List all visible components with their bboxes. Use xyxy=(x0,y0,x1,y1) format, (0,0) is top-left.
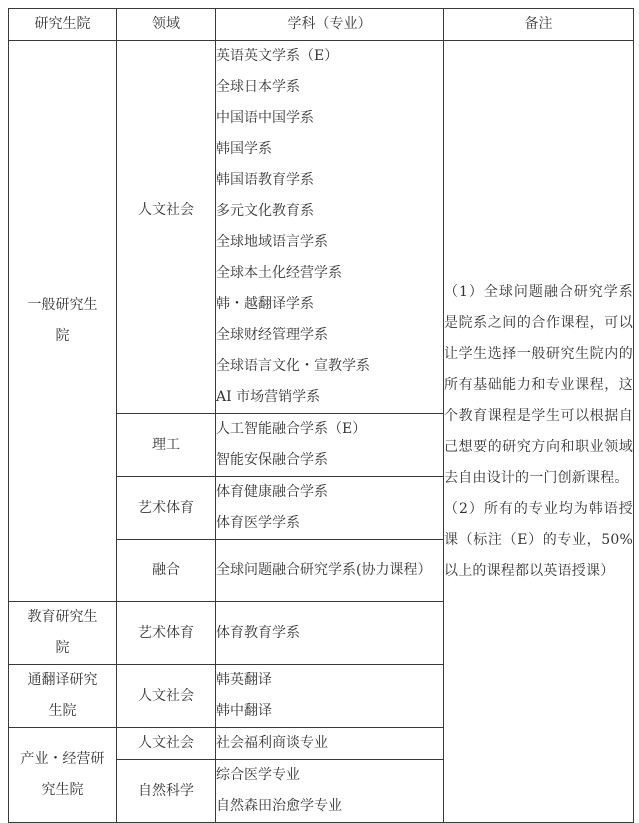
list-item: 智能安保融合学系 xyxy=(216,445,443,476)
list-item: 全球日本学系 xyxy=(216,72,443,103)
note-1: （1）全球问题融合研究学系是院系之间的合作课程，可以让学生选择一般研究生院内的所… xyxy=(444,277,633,494)
school-interpretation: 通翻译研究生院 xyxy=(9,665,117,728)
subject-list: 韩英翻译 韩中翻译 xyxy=(216,665,444,728)
school-general: 一般研究生院 xyxy=(9,41,117,602)
subject-list: 综合医学专业 自然森田治愈学专业 xyxy=(216,760,444,823)
header-subject: 学科（专业） xyxy=(216,9,444,41)
list-item: 自然森田治愈学专业 xyxy=(216,791,443,822)
graduate-school-table: 研究生院 领域 学科（专业） 备注 一般研究生院 人文社会 英语英文学系（E） … xyxy=(8,8,634,823)
field-convergence: 融合 xyxy=(117,540,216,602)
list-item: 韩国语教育学系 xyxy=(216,165,443,196)
note-2: （2）所有的专业均为韩语授课（标注（E）的专业，50%以上的课程都以英语授课） xyxy=(444,494,633,587)
school-industry-management: 产业・经营研究生院 xyxy=(9,728,117,823)
list-item: 多元文化教育系 xyxy=(216,196,443,227)
list-item: AI 市场营销学系 xyxy=(216,382,443,413)
header-field: 领域 xyxy=(117,9,216,41)
list-item: 英语英文学系（E） xyxy=(216,41,443,72)
list-item: 综合医学专业 xyxy=(216,760,443,791)
header-school: 研究生院 xyxy=(9,9,117,41)
subject-list: 体育教育学系 xyxy=(216,602,444,665)
list-item: 中国语中国学系 xyxy=(216,103,443,134)
field-humanities: 人文社会 xyxy=(117,728,216,760)
field-natural-science: 自然科学 xyxy=(117,760,216,823)
list-item: 全球地域语言学系 xyxy=(216,227,443,258)
field-humanities: 人文社会 xyxy=(117,665,216,728)
list-item: 体育教育学系 xyxy=(216,618,443,649)
list-item: 韩中翻译 xyxy=(216,696,443,727)
list-item: 体育医学学系 xyxy=(216,508,443,539)
subject-list: 体育健康融合学系 体育医学学系 xyxy=(216,477,444,540)
list-item: 全球本土化经营学系 xyxy=(216,258,443,289)
field-science: 理工 xyxy=(117,414,216,477)
list-item: 全球问题融合研究学系(协力课程） xyxy=(216,562,431,578)
list-item: 韩・越翻译学系 xyxy=(216,289,443,320)
field-arts-sports: 艺术体育 xyxy=(117,477,216,540)
list-item: 体育健康融合学系 xyxy=(216,477,443,508)
field-humanities: 人文社会 xyxy=(117,41,216,414)
table-row: 一般研究生院 人文社会 英语英文学系（E） 全球日本学系 中国语中国学系 韩国学… xyxy=(9,41,634,414)
list-item: 全球财经管理学系 xyxy=(216,320,443,351)
subject-list: 社会福利商谈专业 xyxy=(216,728,444,760)
list-item: 韩国学系 xyxy=(216,134,443,165)
notes-cell: （1）全球问题融合研究学系是院系之间的合作课程，可以让学生选择一般研究生院内的所… xyxy=(444,41,634,823)
field-arts-sports: 艺术体育 xyxy=(117,602,216,665)
subject-list: 英语英文学系（E） 全球日本学系 中国语中国学系 韩国学系 韩国语教育学系 多元… xyxy=(216,41,444,414)
header-row: 研究生院 领域 学科（专业） 备注 xyxy=(9,9,634,41)
subject-list: 全球问题融合研究学系(协力课程） xyxy=(216,540,444,602)
list-item: 社会福利商谈专业 xyxy=(216,728,443,759)
list-item: 全球语言文化・宣教学系 xyxy=(216,351,443,382)
header-notes: 备注 xyxy=(444,9,634,41)
subject-list: 人工智能融合学系（E） 智能安保融合学系 xyxy=(216,414,444,477)
list-item: 人工智能融合学系（E） xyxy=(216,414,443,445)
list-item: 韩英翻译 xyxy=(216,665,443,696)
school-education: 教育研究生院 xyxy=(9,602,117,665)
